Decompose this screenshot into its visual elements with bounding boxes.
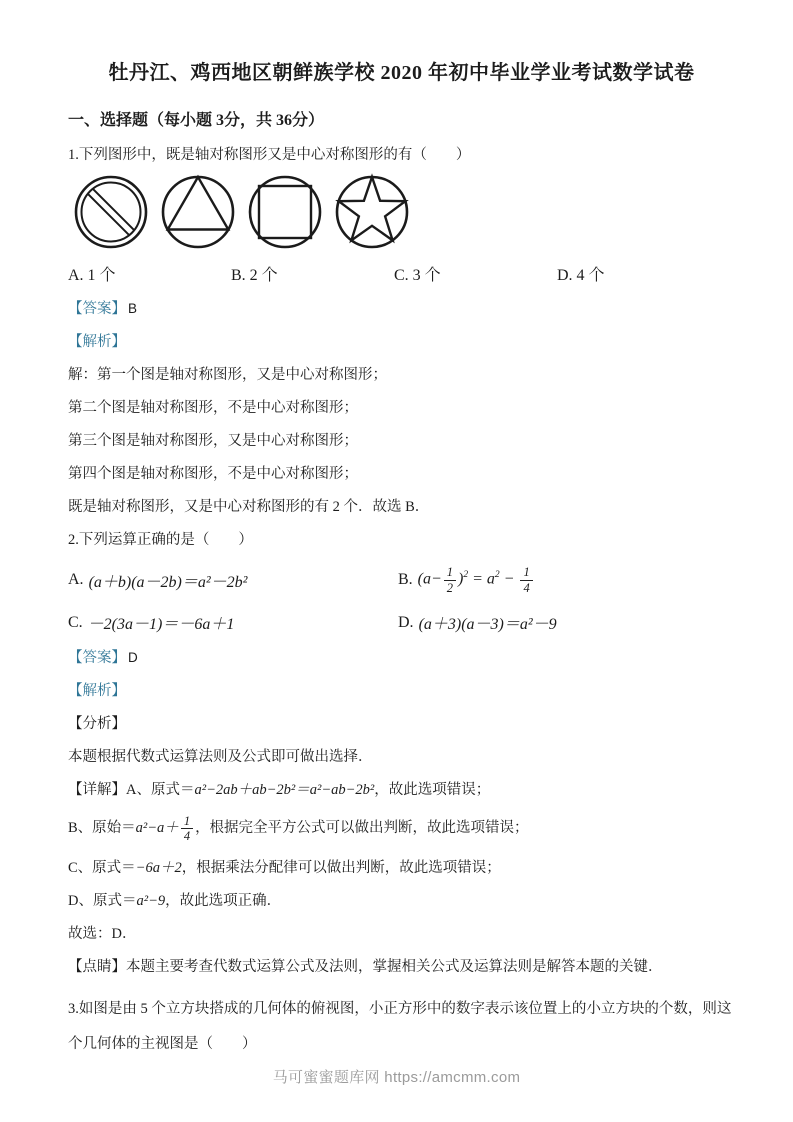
q1-solution-line-4: 第四个图是轴对称图形，不是中心对称图形；: [68, 465, 735, 483]
q2-detail-b-post: ，根据完全平方公式可以做出判断，故此选项错误；: [195, 820, 529, 836]
q1-option-b: B. 2 个: [231, 262, 394, 285]
analysis-label: 【解析】: [68, 683, 126, 699]
q1-figures: [68, 169, 735, 255]
q2-option-a: A. (a＋b)(a－2b)＝a²－2b²: [68, 569, 398, 592]
q2-option-b-open: (a−: [418, 571, 442, 588]
q3-stem: 3.如图是由 5 个立方块搭成的几何体的俯视图，小正方形中的数字表示该位置上的小…: [68, 992, 735, 1062]
q2-stem: 2.下列运算正确的是（ ）: [68, 531, 735, 549]
q2-detail-c-post: ，根据乘法分配律可以做出判断，故此选项错误；: [182, 860, 501, 876]
square-in-circle-icon: [242, 169, 328, 255]
q2-option-d-label: D.: [398, 614, 414, 632]
q2-detail-a-math: a²−2ab＋ab−2b²＝a²−ab−2b²: [194, 782, 374, 798]
triangle-in-circle-icon: [155, 169, 241, 255]
q2-answer-value: D: [126, 650, 138, 665]
q1-solution-line-1: 解：第一个图是轴对称图形，又是中心对称图形；: [68, 366, 735, 384]
q2-answer-line: 【答案】D: [68, 649, 735, 667]
q2-option-b-minus: −: [500, 571, 519, 588]
q2-option-a-formula: (a＋b)(a－2b)＝a²－2b²: [89, 569, 248, 592]
circle-with-diagonal-band-icon: [68, 169, 154, 255]
q1-solution-line-5: 既是轴对称图形，又是中心对称图形的有 2 个．故选 B．: [68, 498, 735, 516]
q1-option-c: C. 3 个: [394, 262, 557, 285]
q2-detail-line-a: 【详解】A、原式＝a²−2ab＋ab−2b²＝a²−ab−2b²，故此选项错误；: [68, 781, 735, 799]
q2-detail-d-math: a²−9: [136, 893, 165, 909]
q2-option-a-label: A.: [68, 571, 84, 589]
q2-tip-line: 【点睛】本题主要考查代数式运算公式及法则，掌握相关公式及运算法则是解答本题的关键…: [68, 958, 735, 976]
site-watermark: 马可蜜蜜题库网 https://amcmm.com: [0, 1066, 793, 1087]
q2-option-c-formula: －2(3a－1)＝－6a＋1: [88, 611, 235, 634]
q2-detail-a-pre: A、原式＝: [126, 782, 194, 798]
q1-stem: 1.下列图形中，既是轴对称图形又是中心对称图形的有（ ）: [68, 146, 735, 164]
q2-option-b-formula: (a−12)2 = a2 − 14: [418, 565, 535, 595]
q1-answer-value: B: [126, 301, 137, 316]
q2-detail-line-b: B、原始＝a²−a＋14，根据完全平方公式可以做出判断，故此选项错误；: [68, 814, 735, 844]
q2-detail-a-post: ，故此选项错误；: [374, 782, 490, 798]
q2-analysis-line: 【解析】: [68, 682, 735, 700]
q2-option-d-formula: (a＋3)(a－3)＝a²－9: [419, 611, 557, 634]
answer-label: 【答案】: [68, 650, 126, 666]
tip-label: 【点睛】: [68, 959, 126, 975]
q2-detail-d-pre: D、原式＝: [68, 893, 136, 909]
q2-option-d: D. (a＋3)(a－3)＝a²－9: [398, 611, 728, 634]
analysis-label: 【解析】: [68, 334, 126, 350]
page-title: 牡丹江、鸡西地区朝鲜族学校 2020 年初中毕业学业考试数学试卷: [68, 60, 735, 87]
exam-page: 牡丹江、鸡西地区朝鲜族学校 2020 年初中毕业学业考试数学试卷 一、选择题（每…: [0, 0, 793, 1122]
q2-detail-c-math: −6a＋2: [136, 860, 182, 876]
q1-options: A. 1 个 B. 2 个 C. 3 个 D. 4 个: [68, 262, 735, 285]
fraction-one-quarter: 14: [181, 814, 193, 844]
breakdown-label: 【分析】: [68, 716, 126, 732]
q1-answer-line: 【答案】B: [68, 300, 735, 318]
q2-option-b-label: B.: [398, 571, 413, 589]
fraction-one-half: 12: [444, 565, 456, 595]
q2-tip-text: 本题主要考查代数式运算公式及法则，掌握相关公式及运算法则是解答本题的关键．: [126, 959, 663, 975]
q2-options-row-2: C. －2(3a－1)＝－6a＋1 D. (a＋3)(a－3)＝a²－9: [68, 611, 735, 634]
q1-analysis-line: 【解析】: [68, 333, 735, 351]
q1-solution-line-3: 第三个图是轴对称图形，又是中心对称图形；: [68, 432, 735, 450]
answer-label: 【答案】: [68, 301, 126, 317]
detail-label: 【详解】: [68, 782, 126, 798]
q2-option-b: B. (a−12)2 = a2 − 14: [398, 565, 728, 595]
q2-detail-d-post: ，故此选项正确．: [165, 893, 281, 909]
fraction-one-quarter: 14: [520, 565, 532, 595]
q2-option-b-equals: = a: [468, 571, 495, 588]
q2-options-row-1: A. (a＋b)(a－2b)＝a²－2b² B. (a−12)2 = a2 − …: [68, 558, 735, 602]
star-in-circle-icon: [329, 169, 415, 255]
q2-detail-b-math: a²−a＋: [136, 820, 179, 836]
q2-option-c: C. －2(3a－1)＝－6a＋1: [68, 611, 398, 634]
q2-detail-line-c: C、原式＝−6a＋2，根据乘法分配律可以做出判断，故此选项错误；: [68, 859, 735, 877]
q2-conclusion: 故选：D．: [68, 925, 735, 943]
q1-solution-line-2: 第二个图是轴对称图形，不是中心对称图形；: [68, 399, 735, 417]
q2-detail-b-pre: B、原始＝: [68, 820, 136, 836]
q2-detail-c-pre: C、原式＝: [68, 860, 136, 876]
q2-breakdown-line: 【分析】: [68, 715, 735, 733]
q2-detail-line-d: D、原式＝a²−9，故此选项正确．: [68, 892, 735, 910]
q1-option-a: A. 1 个: [68, 262, 231, 285]
q2-breakdown-text: 本题根据代数式运算法则及公式即可做出选择．: [68, 748, 735, 766]
section-heading: 一、选择题（每小题 3分，共 36分）: [68, 111, 735, 131]
q1-option-d: D. 4 个: [557, 262, 720, 285]
q2-option-c-label: C.: [68, 614, 83, 632]
